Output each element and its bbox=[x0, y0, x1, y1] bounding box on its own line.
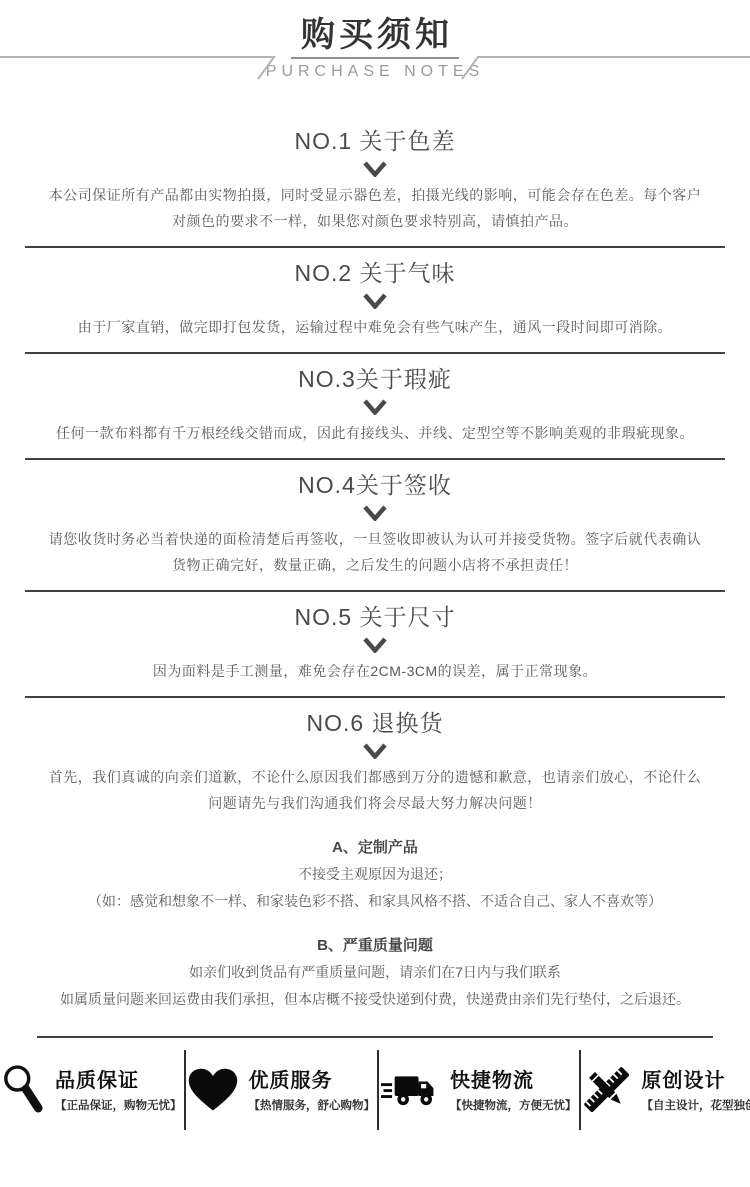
footer-item-title: 品质保证 bbox=[55, 1068, 182, 1094]
footer-item-subtitle: 【热情服务，舒心购物】 bbox=[249, 1097, 376, 1113]
truck-icon bbox=[381, 1070, 439, 1110]
arrow-down-icon bbox=[0, 505, 750, 521]
section-title: NO.2 关于气味 bbox=[0, 258, 750, 288]
section-flaws: NO.3关于瑕疵 任何一款布料都有千万根经线交错而成，因此有接线头、并线、定型空… bbox=[0, 354, 750, 458]
footer-item-text: 品质保证 【正品保证，购物无忧】 bbox=[55, 1068, 182, 1113]
left-decoration-line bbox=[0, 55, 278, 81]
section-odor: NO.2 关于气味 由于厂家直销，做完即打包发货，运输过程中难免会有些气味产生，… bbox=[0, 248, 750, 352]
footer-item-text: 原创设计 【自主设计，花型独创】 bbox=[642, 1068, 750, 1113]
magnifier-icon bbox=[2, 1065, 44, 1115]
section-title: NO.6 退换货 bbox=[0, 708, 750, 738]
subsection-title: A、定制产品 bbox=[0, 836, 750, 860]
footer-item-title: 原创设计 bbox=[642, 1068, 750, 1094]
subsection-custom-products: A、定制产品 不接受主观原因为退还； （如：感觉和想象不一样、和家装色彩不搭、和… bbox=[0, 836, 750, 914]
footer-item-subtitle: 【正品保证，购物无忧】 bbox=[55, 1097, 182, 1113]
header: 购买须知 PURCHASE NOTES bbox=[0, 0, 750, 92]
section-body: 由于厂家直销，做完即打包发货，运输过程中难免会有些气味产生，通风一段时间即可消除… bbox=[48, 314, 703, 340]
arrow-down-icon bbox=[0, 399, 750, 415]
service-guarantees: 品质保证 【正品保证，购物无忧】 优质服务 【热情服务，舒心购物】 bbox=[0, 1038, 750, 1146]
footer-item-original-design: 原创设计 【自主设计，花型独创】 bbox=[581, 1050, 750, 1130]
ruler-pencil-icon bbox=[583, 1066, 631, 1114]
section-body: 首先，我们真诚的向亲们道歉，不论什么原因我们都感到万分的遗憾和歉意，也请亲们放心… bbox=[48, 764, 703, 816]
arrow-down-icon bbox=[0, 293, 750, 309]
section-body: 请您收货时务必当着快递的面检清楚后再签收，一旦签收即被认为认可并接受货物。签字后… bbox=[48, 526, 703, 578]
right-decoration-line bbox=[458, 55, 750, 81]
section-size: NO.5 关于尺寸 因为面料是手工测量，难免会存在2CM-3CM的误差，属于正常… bbox=[0, 592, 750, 696]
footer-item-title: 快捷物流 bbox=[450, 1068, 577, 1094]
footer-item-fast-logistics: 快捷物流 【快捷物流，方便无忧】 bbox=[379, 1050, 581, 1130]
footer-item-text: 快捷物流 【快捷物流，方便无忧】 bbox=[450, 1068, 577, 1113]
subsection-quality-issues: B、严重质量问题 如亲们收到货品有严重质量问题，请亲们在7日内与我们联系 如属质… bbox=[0, 934, 750, 1012]
section-sign-receipt: NO.4关于签收 请您收货时务必当着快递的面检清楚后再签收，一旦签收即被认为认可… bbox=[0, 460, 750, 590]
arrow-down-icon bbox=[0, 743, 750, 759]
section-title: NO.3关于瑕疵 bbox=[0, 364, 750, 394]
section-body: 本公司保证所有产品都由实物拍摄，同时受显示器色差，拍摄光线的影响，可能会存在色差… bbox=[48, 182, 703, 234]
section-title: NO.4关于签收 bbox=[0, 470, 750, 500]
footer-item-title: 优质服务 bbox=[249, 1068, 376, 1094]
purchase-notes-page: 购买须知 PURCHASE NOTES NO.1 关于色差 本公司保证所有产品都… bbox=[0, 0, 750, 1146]
footer-item-quality-service: 优质服务 【热情服务，舒心购物】 bbox=[186, 1050, 380, 1130]
footer-item-text: 优质服务 【热情服务，舒心购物】 bbox=[249, 1068, 376, 1113]
section-title: NO.1 关于色差 bbox=[0, 126, 750, 156]
section-color-difference: NO.1 关于色差 本公司保证所有产品都由实物拍摄，同时受显示器色差，拍摄光线的… bbox=[0, 92, 750, 246]
subsection-line: 如亲们收到货品有严重质量问题，请亲们在7日内与我们联系 bbox=[35, 960, 715, 985]
subsection-line: 不接受主观原因为退还； bbox=[35, 862, 715, 887]
footer-item-quality-guarantee: 品质保证 【正品保证，购物无忧】 bbox=[0, 1050, 186, 1130]
subsection-line: 如属质量问题来回运费由我们承担，但本店概不接受快递到付费，快递费由亲们先行垫付，… bbox=[35, 987, 715, 1012]
footer-item-subtitle: 【自主设计，花型独创】 bbox=[642, 1097, 750, 1113]
subsection-line: （如：感觉和想象不一样、和家装色彩不搭、和家具风格不搭、不适合自己、家人不喜欢等… bbox=[35, 889, 715, 914]
section-body: 任何一款布料都有千万根经线交错而成，因此有接线头、并线、定型空等不影响美观的非瑕… bbox=[48, 420, 703, 446]
footer-item-subtitle: 【快捷物流，方便无忧】 bbox=[450, 1097, 577, 1113]
section-title: NO.5 关于尺寸 bbox=[0, 602, 750, 632]
page-title: 购买须知 bbox=[291, 14, 459, 59]
heart-icon bbox=[188, 1068, 238, 1112]
section-returns: NO.6 退换货 首先，我们真诚的向亲们道歉，不论什么原因我们都感到万分的遗憾和… bbox=[0, 698, 750, 1036]
arrow-down-icon bbox=[0, 637, 750, 653]
section-body: 因为面料是手工测量，难免会存在2CM-3CM的误差，属于正常现象。 bbox=[48, 658, 703, 684]
arrow-down-icon bbox=[0, 161, 750, 177]
subsection-title: B、严重质量问题 bbox=[0, 934, 750, 958]
